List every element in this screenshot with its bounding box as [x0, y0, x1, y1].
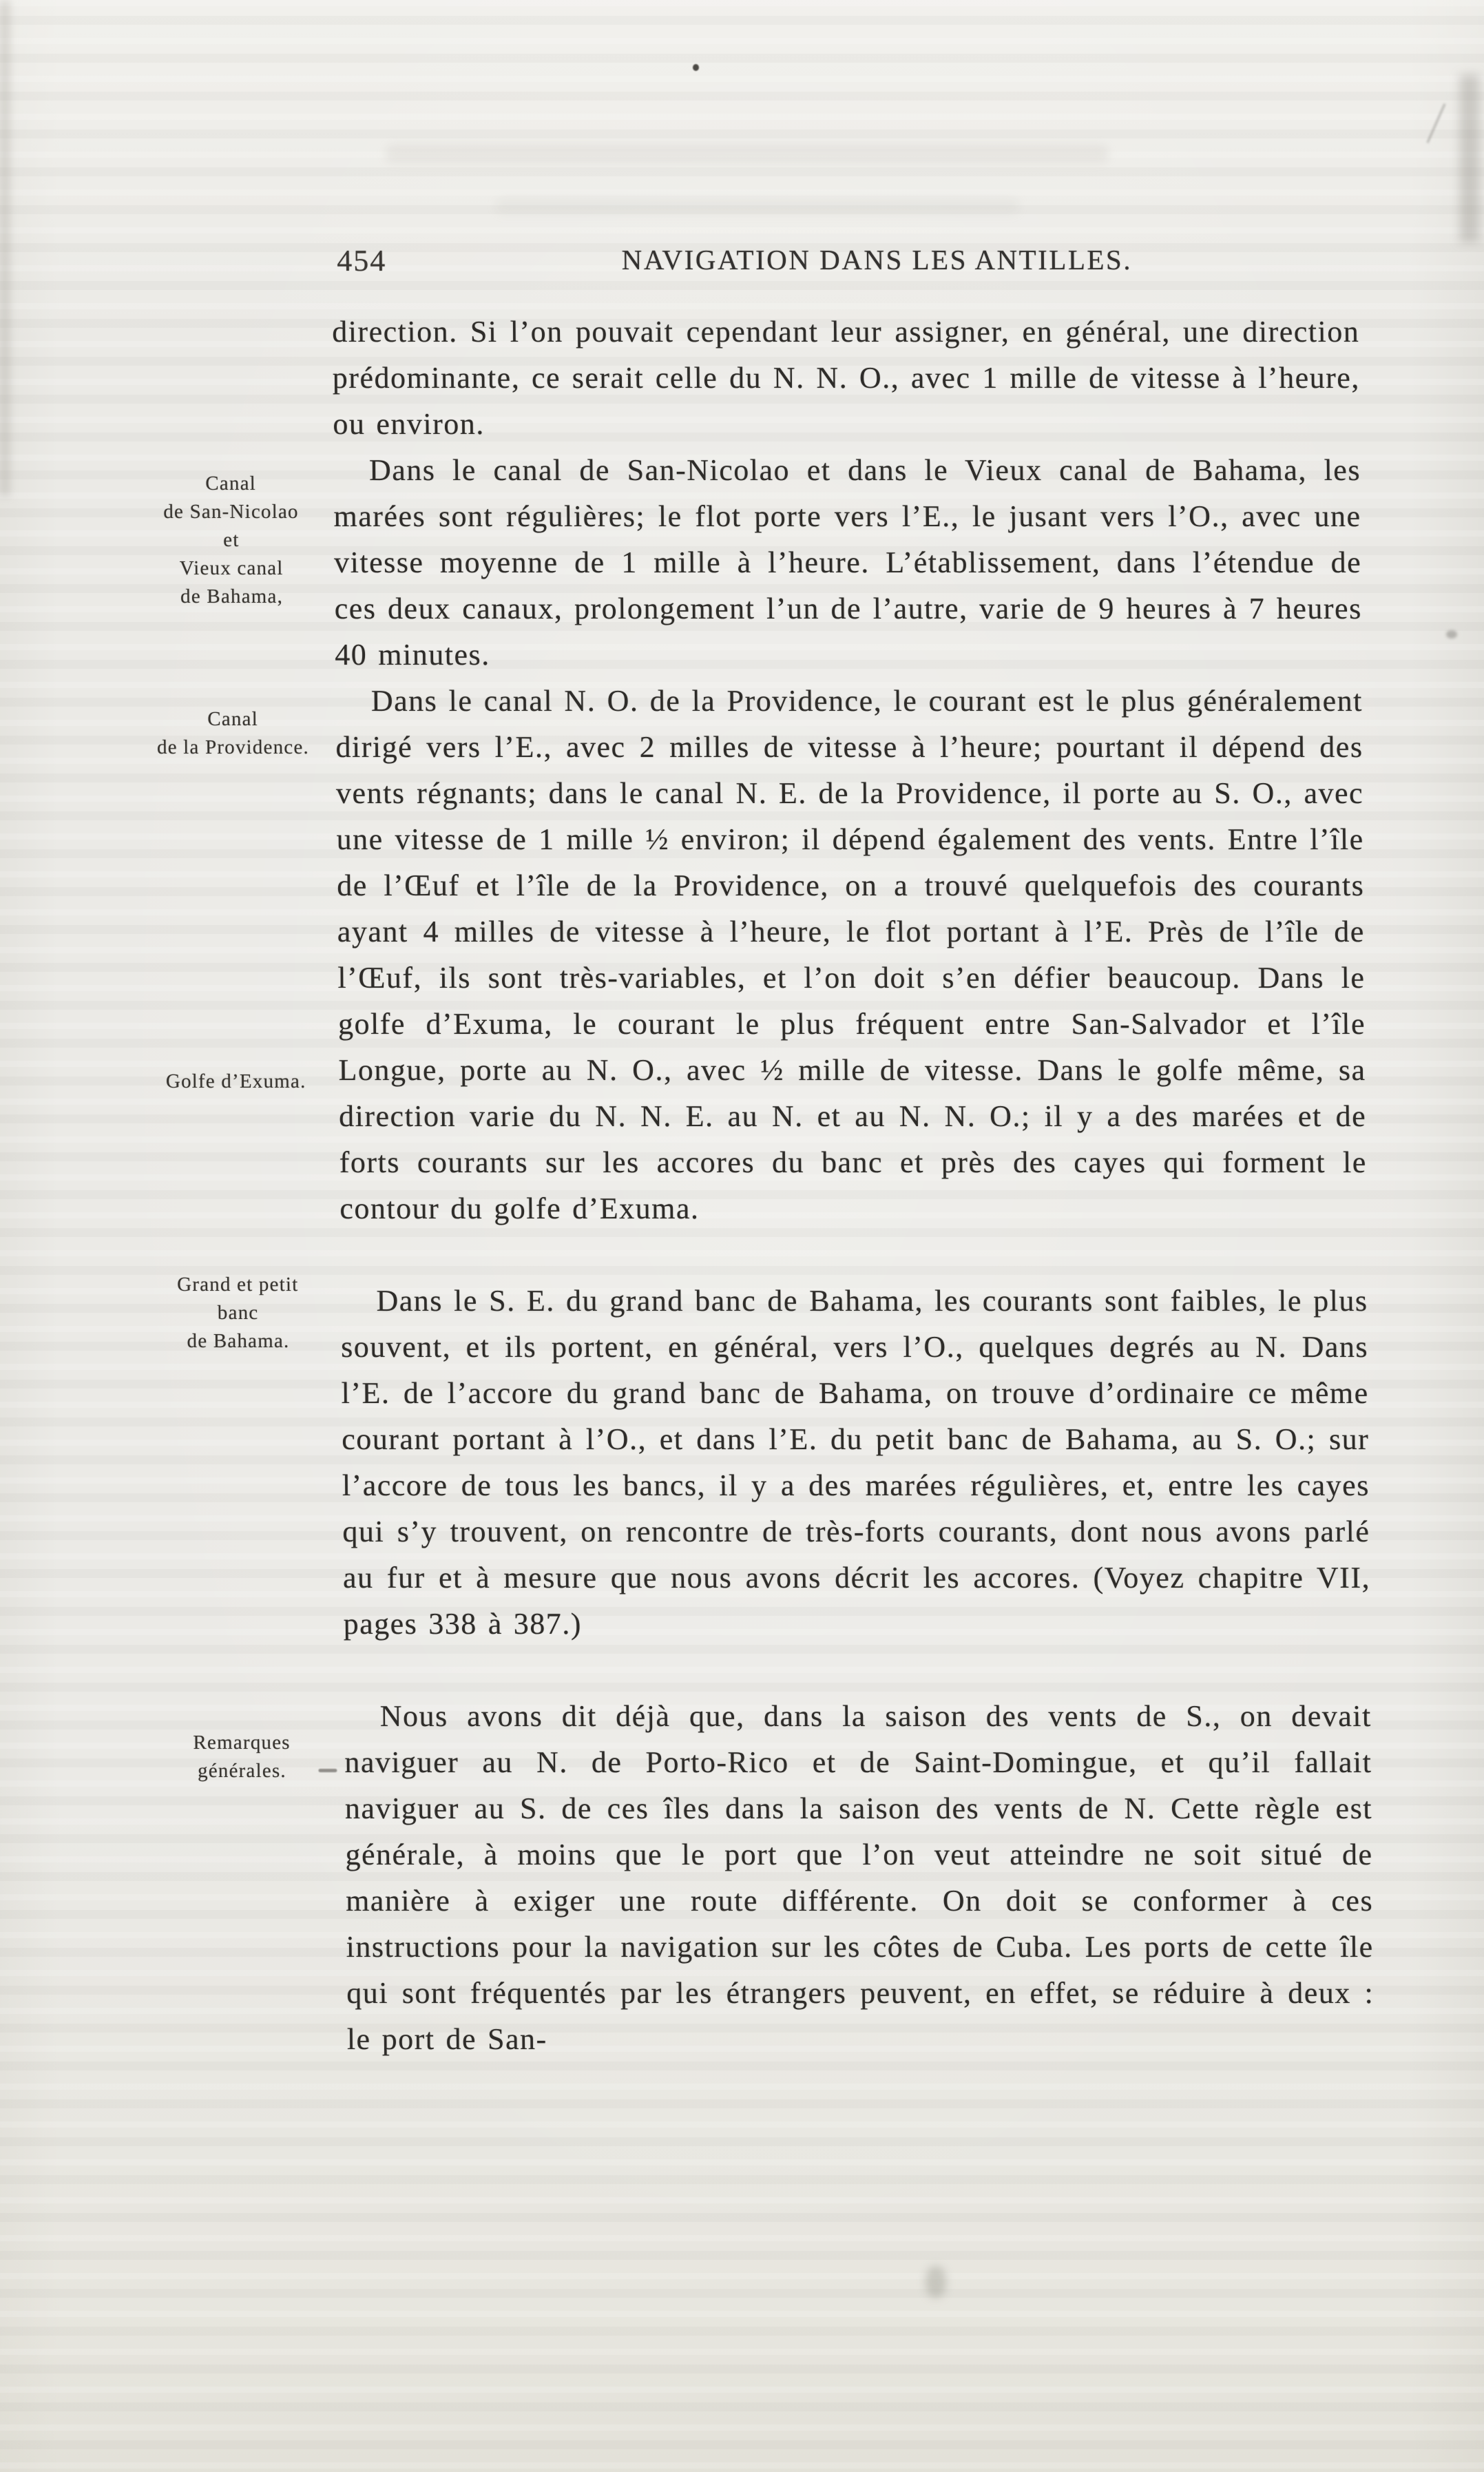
margin-note-remarques-generales: Remarques générales.	[116, 1729, 368, 1785]
margin-note-bancs-bahama: Grand et petit banc de Bahama.	[112, 1271, 364, 1356]
margin-note-golfe-exuma: Golfe d’Exuma.	[110, 1068, 362, 1096]
page-content: 454 NAVIGATION DANS LES ANTILLES. Canal …	[0, 0, 1484, 2472]
body-paragraph: Dans le S. E. du grand banc de Bahama, l…	[340, 1278, 1371, 1647]
margin-note-canal-providence: Canal de la Providence.	[107, 705, 359, 762]
body-paragraph: Dans le canal de San-Nicolao et dans le …	[333, 447, 1363, 678]
body-paragraph: Dans le canal N. O. de la Providence, le…	[335, 678, 1368, 1232]
body-paragraph: Nous avons dit déjà que, dans la saison …	[344, 1693, 1375, 2062]
body-paragraph: direction. Si l’on pouvait cependant leu…	[332, 309, 1361, 447]
book-page-scan: 454 NAVIGATION DANS LES ANTILLES. Canal …	[0, 0, 1484, 2472]
running-header-title: NAVIGATION DANS LES ANTILLES.	[360, 246, 1393, 274]
margin-note-canal-san-nicolao: Canal de San-Nicolao et Vieux canal de B…	[105, 470, 358, 611]
